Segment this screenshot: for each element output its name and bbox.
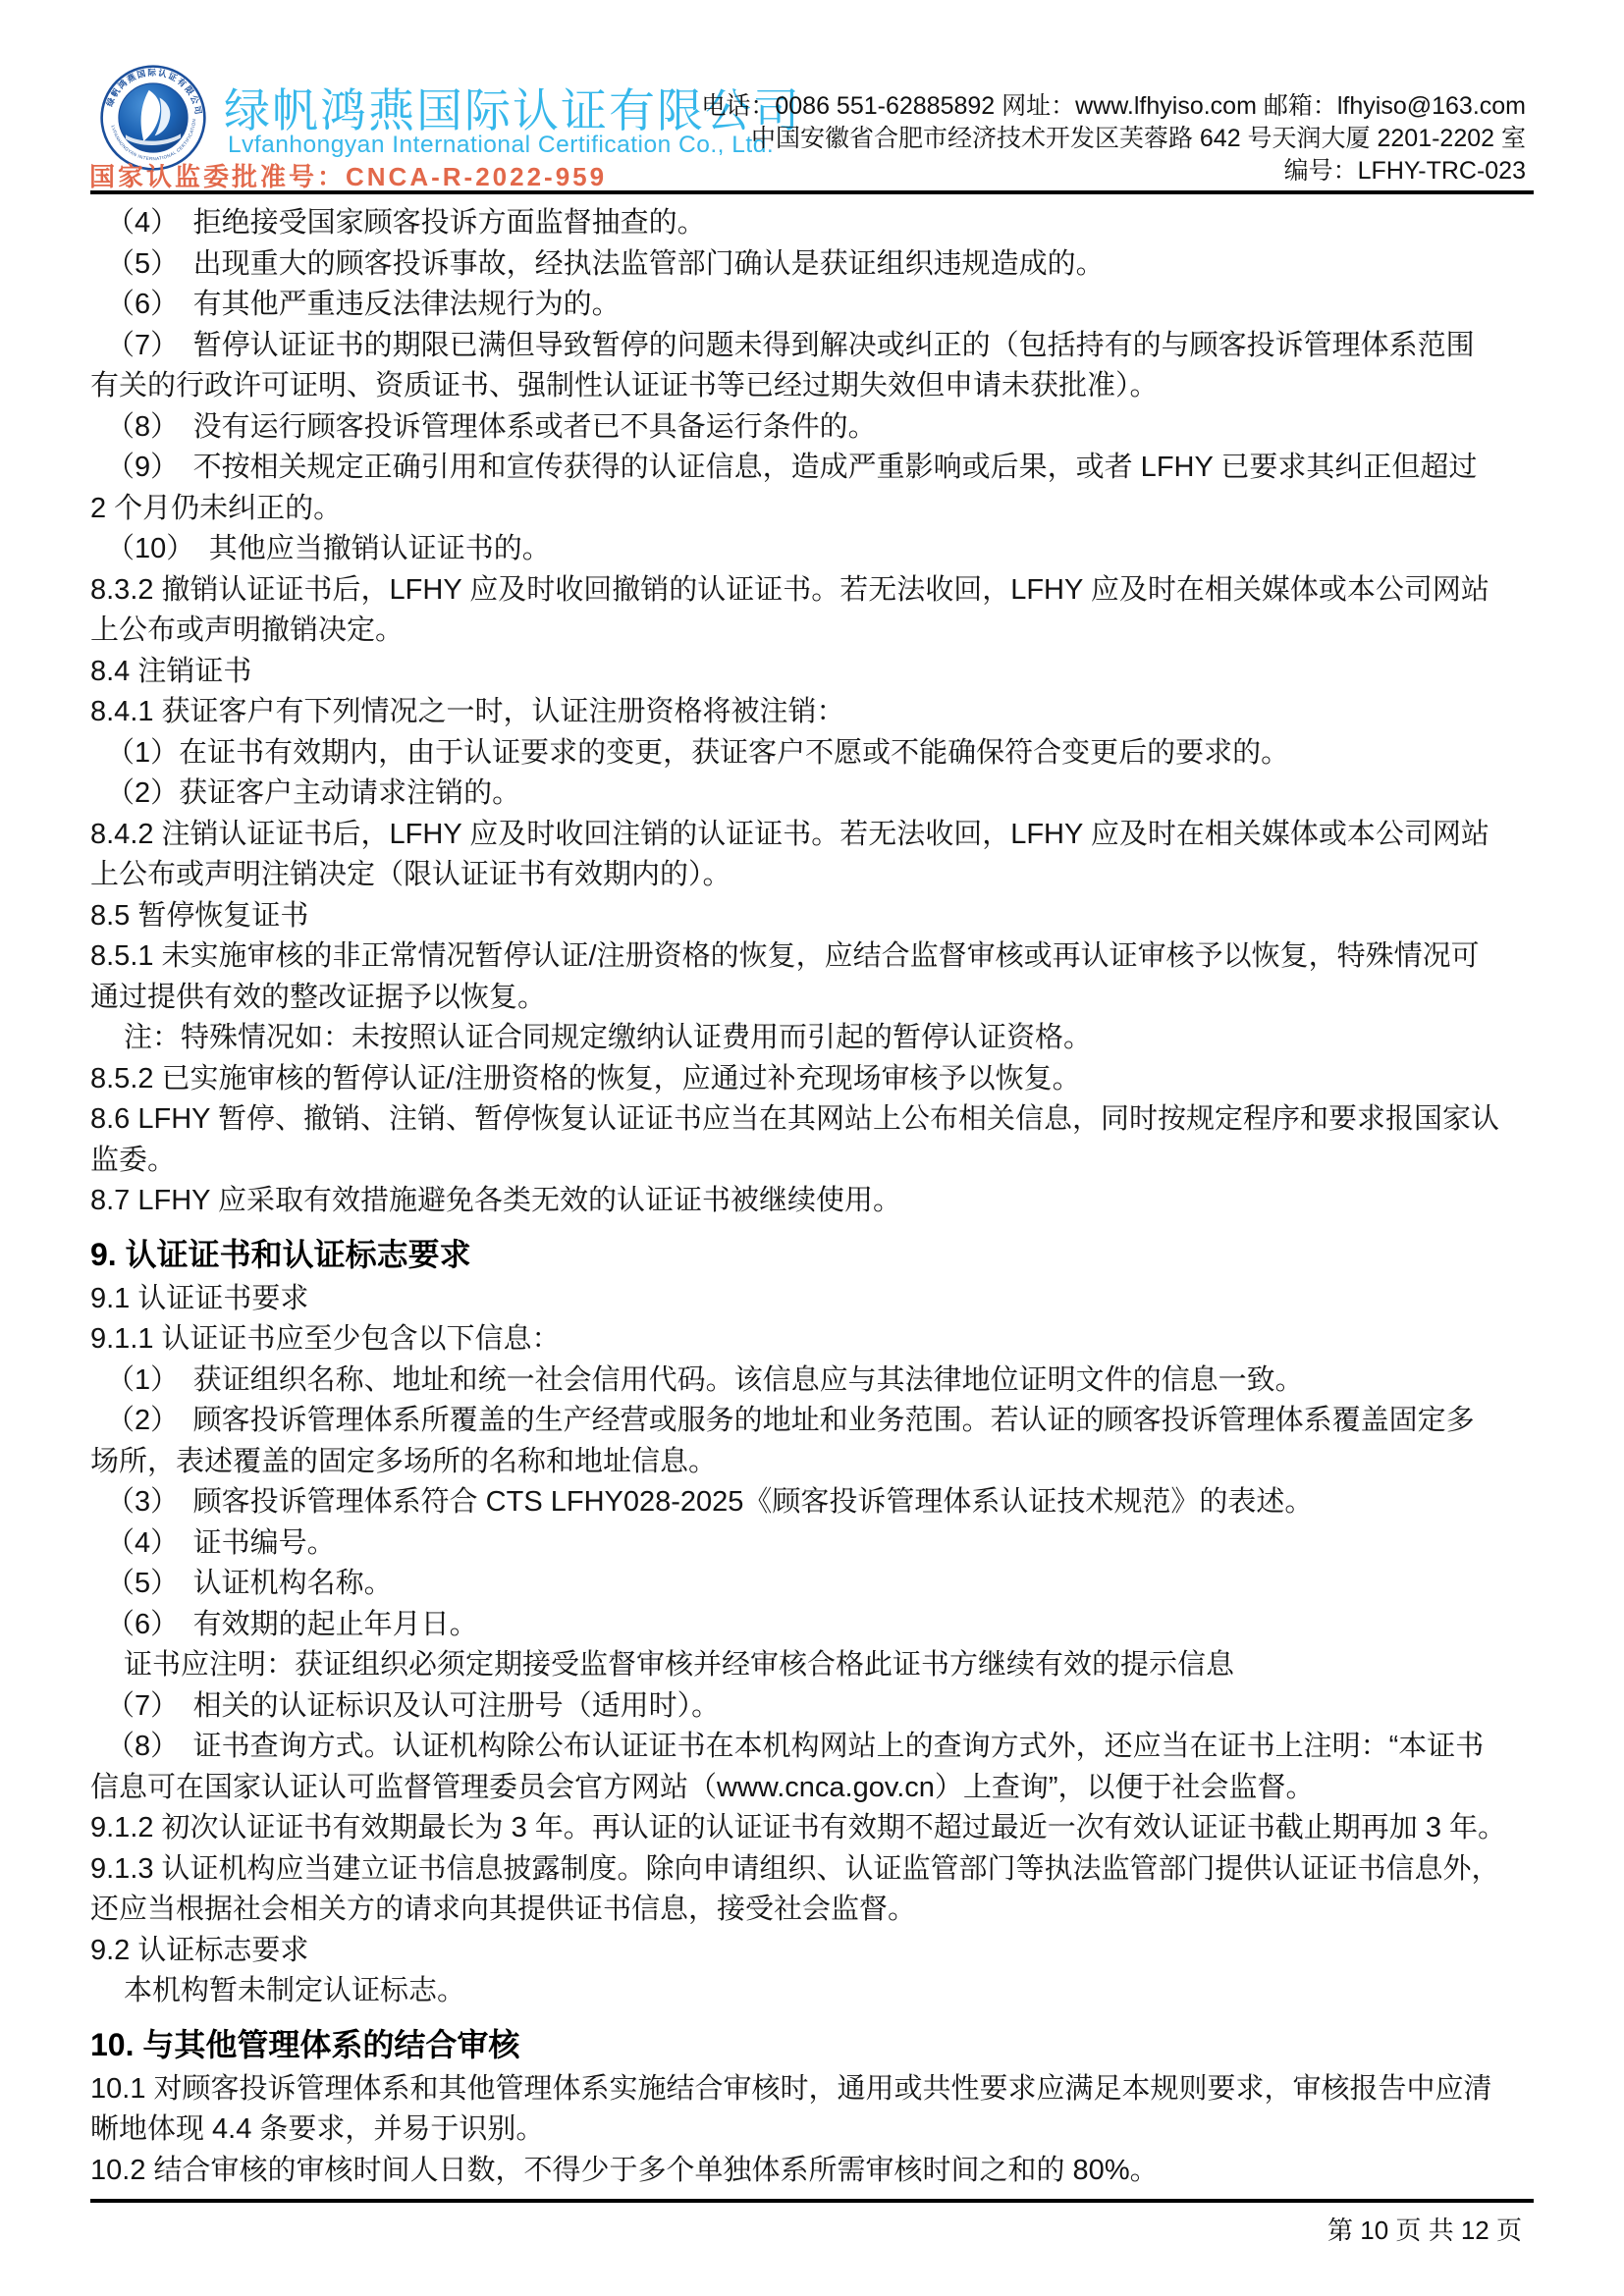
document-line: （4） 拒绝接受国家顾客投诉方面监督抽查的。: [90, 203, 1536, 244]
document-line: （7） 相关的认证标识及认可注册号（适用时）。: [90, 1686, 1536, 1728]
address-line: 中国安徽省合肥市经济技术开发区芙蓉路 642 号天润大厦 2201-2202 室: [701, 123, 1526, 155]
document-line: （1）在证书有效期内，由于认证要求的变更，获证客户不愿或不能确保符合变更后的要求…: [90, 733, 1536, 774]
document-line: 10.2 结合审核的审核时间人日数，不得少于多个单独体系所需审核时间之和的 80…: [90, 2151, 1536, 2192]
document-line: （9） 不按相关规定正确引用和宣传获得的认证信息，造成严重影响或后果，或者 LF…: [90, 448, 1536, 489]
document-line: （2）获证客户主动请求注销的。: [90, 774, 1536, 815]
header-divider: [90, 190, 1534, 194]
document-line: （1） 获证组织名称、地址和统一社会信用代码。该信息应与其法律地位证明文件的信息…: [90, 1361, 1536, 1402]
document-line: 10.1 对顾客投诉管理体系和其他管理体系实施结合审核时，通用或共性要求应满足本…: [90, 2069, 1536, 2110]
document-line: 8.4.2 注销认证证书后，LFHY 应及时收回注销的认证证书。若无法收回，LF…: [90, 815, 1536, 856]
document-line: （3） 顾客投诉管理体系符合 CTS LFHY028-2025《顾客投诉管理体系…: [90, 1482, 1536, 1523]
document-line: （7） 暂停认证证书的期限已满但导致暂停的问题未得到解决或纠正的（包括持有的与顾…: [90, 326, 1536, 367]
document-line: 8.4.1 获证客户有下列情况之一时，认证注册资格将被注销：: [90, 692, 1536, 733]
header-contact-block: 电话：0086 551-62885892 网址：www.lfhyiso.com …: [701, 90, 1526, 187]
section-heading: 9. 认证证书和认证标志要求: [90, 1232, 1536, 1277]
document-line: （8） 证书查询方式。认证机构除公布认证证书在本机构网站上的查询方式外，还应当在…: [90, 1727, 1536, 1768]
document-line: （4） 证书编号。: [90, 1523, 1536, 1565]
document-line: 8.4 注销证书: [90, 652, 1536, 693]
document-line: （5） 出现重大的顾客投诉事故，经执法监管部门确认是获证组织违规造成的。: [90, 244, 1536, 286]
document-line: （8） 没有运行顾客投诉管理体系或者已不具备运行条件的。: [90, 407, 1536, 449]
document-line: 还应当根据社会相关方的请求向其提供证书信息，接受社会监督。: [90, 1890, 1536, 1931]
company-logo-icon: 绿帆鸿燕国际认证有限公司 LVFANHONGYAN INTERNATIONAL …: [100, 65, 206, 171]
approval-number: 国家认监委批准号：CNCA-R-2022-959: [89, 157, 607, 193]
document-line: 8.3.2 撤销认证证书后，LFHY 应及时收回撤销的认证证书。若无法收回，LF…: [90, 570, 1536, 612]
document-line: 9.1.2 初次认证证书有效期最长为 3 年。再认证的认证证书有效期不超过最近一…: [90, 1808, 1536, 1849]
document-page: 绿帆鸿燕国际认证有限公司 LVFANHONGYAN INTERNATIONAL …: [0, 0, 1624, 2296]
doc-number: 编号：LFHY-TRC-023: [701, 155, 1526, 187]
document-line: （6） 有效期的起止年月日。: [90, 1605, 1536, 1646]
document-line: 8.5.1 未实施审核的非正常情况暂停认证/注册资格的恢复，应结合监督审核或再认…: [90, 936, 1536, 978]
document-line: 上公布或声明撤销决定。: [90, 611, 1536, 652]
document-line: （6） 有其他严重违反法律法规行为的。: [90, 285, 1536, 326]
document-line: 2 个月仍未纠正的。: [90, 489, 1536, 530]
document-line: （10） 其他应当撤销认证证书的。: [90, 529, 1536, 570]
company-name-en: Lvfanhongyan International Certification…: [228, 132, 774, 159]
document-line: 9.1 认证证书要求: [90, 1279, 1536, 1320]
document-line: 注：特殊情况如：未按照认证合同规定缴纳认证费用而引起的暂停认证资格。: [90, 1018, 1536, 1059]
contact-line: 电话：0086 551-62885892 网址：www.lfhyiso.com …: [701, 90, 1526, 123]
document-line: 8.6 LFHY 暂停、撤销、注销、暂停恢复认证证书应当在其网站上公布相关信息，…: [90, 1099, 1536, 1141]
document-line: 8.5 暂停恢复证书: [90, 896, 1536, 937]
document-line: 证书应注明：获证组织必须定期接受监督审核并经审核合格此证书方继续有效的提示信息: [90, 1645, 1536, 1686]
document-line: （5） 认证机构名称。: [90, 1564, 1536, 1605]
document-line: 上公布或声明注销决定（限认证证书有效期内的）。: [90, 855, 1536, 896]
section-heading: 10. 与其他管理体系的结合审核: [90, 2022, 1536, 2067]
document-line: 8.7 LFHY 应采取有效措施避免各类无效的认证证书被继续使用。: [90, 1181, 1536, 1222]
document-header: 绿帆鸿燕国际认证有限公司 LVFANHONGYAN INTERNATIONAL …: [0, 0, 1624, 196]
document-line: 监委。: [90, 1141, 1536, 1182]
document-line: 有关的行政许可证明、资质证书、强制性认证证书等已经过期失效但申请未获批准）。: [90, 366, 1536, 407]
document-footer: 第 10 页 共 12 页: [0, 2203, 1624, 2247]
document-line: 晰地体现 4.4 条要求，并易于识别。: [90, 2109, 1536, 2151]
document-line: 9.1.1 认证证书应至少包含以下信息：: [90, 1319, 1536, 1361]
document-line: 场所，表述覆盖的固定多场所的名称和地址信息。: [90, 1442, 1536, 1483]
document-line: 9.2 认证标志要求: [90, 1931, 1536, 1972]
document-line: （2） 顾客投诉管理体系所覆盖的生产经营或服务的地址和业务范围。若认证的顾客投诉…: [90, 1401, 1536, 1442]
document-line: 信息可在国家认证认可监督管理委员会官方网站（www.cnca.gov.cn）上查…: [90, 1768, 1536, 1809]
document-body: （4） 拒绝接受国家顾客投诉方面监督抽查的。（5） 出现重大的顾客投诉事故，经执…: [0, 196, 1624, 2191]
document-line: 本机构暂未制定认证标志。: [90, 1971, 1536, 2012]
page-number: 第 10 页 共 12 页: [1327, 2216, 1522, 2245]
document-line: 9.1.3 认证机构应当建立证书信息披露制度。除向申请组织、认证监管部门等执法监…: [90, 1849, 1536, 1891]
document-line: 8.5.2 已实施审核的暂停认证/注册资格的恢复，应通过补充现场审核予以恢复。: [90, 1059, 1536, 1100]
document-line: 通过提供有效的整改证据予以恢复。: [90, 978, 1536, 1019]
